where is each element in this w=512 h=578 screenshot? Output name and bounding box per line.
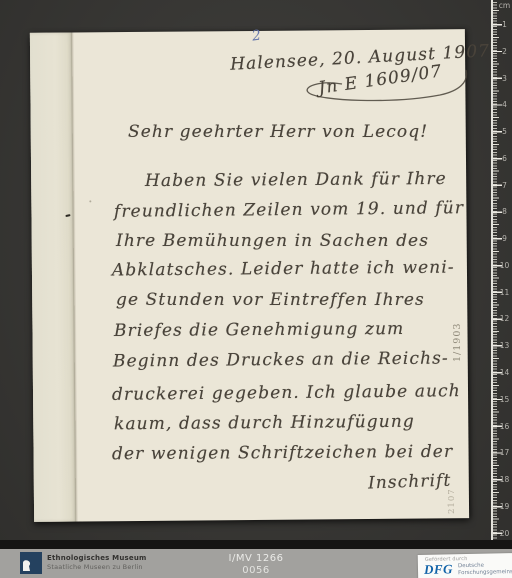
ruler-mark: 5 bbox=[497, 127, 512, 136]
ruler-mark: 2 bbox=[497, 47, 512, 56]
ruler-mark: 12 bbox=[497, 314, 512, 323]
letter-body-line: druckerei gegeben. Ich glaube auch bbox=[112, 381, 461, 405]
ruler-mark: 13 bbox=[497, 341, 512, 350]
letter-body-line: Haben Sie vielen Dank für Ihre bbox=[145, 169, 447, 191]
museum-subtitle: Staatliche Museen zu Berlin bbox=[47, 563, 143, 571]
dfg-logo-icon: DFG bbox=[424, 561, 453, 578]
ruler-mark: 10 bbox=[497, 261, 512, 270]
ruler-mark: 11 bbox=[497, 288, 512, 297]
inventory-number: I/MV 1266 bbox=[176, 553, 336, 564]
ruler-mark: 6 bbox=[497, 154, 512, 163]
letter-salutation: Sehr geehrter Herr von Lecoq! bbox=[128, 122, 428, 142]
archival-scan-viewport: 2 Halensee, 20. August 1907 Jn E 1609/07… bbox=[0, 0, 512, 578]
letter-body-line: Beginn des Druckes an die Reichs- bbox=[113, 349, 449, 372]
ruler-mark: 4 bbox=[497, 100, 512, 109]
margin-pencil-note: 1/1903 bbox=[452, 323, 463, 362]
smb-mark-icon bbox=[20, 552, 42, 574]
letter-body-line: Abklatsches. Leider hatte ich weni- bbox=[112, 258, 455, 281]
ruler-mark: 18 bbox=[497, 475, 512, 484]
ruler-mark: 1 bbox=[497, 20, 512, 29]
letter-body-line: der wenigen Schriftzeichen bei der bbox=[112, 442, 453, 464]
ruler-mark: 14 bbox=[497, 368, 512, 377]
page-fold-edge bbox=[30, 33, 76, 522]
letter-body-line: Ihre Bemühungen in Sachen des bbox=[116, 231, 429, 251]
letter-body-line: freundlichen Zeilen vom 19. und für bbox=[114, 198, 464, 222]
ruler-mark: 8 bbox=[497, 207, 512, 216]
museum-name: Ethnologisches Museum bbox=[47, 554, 147, 562]
letter-body-line: ge Stunden vor Eintreffen Ihres bbox=[116, 290, 425, 310]
corner-pencil-note: 2107 bbox=[447, 488, 457, 514]
funding-logo: Gefördert durch DFG Deutsche Forschungsg… bbox=[418, 553, 512, 578]
letter-body-line: Inschrift bbox=[368, 471, 452, 494]
ruler-mark: 20 bbox=[497, 529, 512, 538]
scan-page-number: 0056 bbox=[176, 565, 336, 576]
pencil-page-number: 2 bbox=[251, 27, 262, 44]
ruler-unit-label: cm bbox=[497, 1, 512, 10]
paper-speck bbox=[89, 200, 91, 202]
footer-divider bbox=[0, 540, 512, 549]
funding-org-name: Deutsche Forschungsgemeinschaft bbox=[458, 562, 512, 576]
museum-logo-icon bbox=[20, 552, 42, 574]
ruler-mark: 7 bbox=[497, 181, 512, 190]
ruler-mark: 15 bbox=[497, 395, 512, 404]
ruler-mark: 19 bbox=[497, 502, 512, 511]
ruler-mark: 17 bbox=[497, 448, 512, 457]
ruler-mark: 16 bbox=[497, 422, 512, 431]
letter-body-line: kaum, dass durch Hinzufügung bbox=[114, 412, 415, 435]
ruler-mark: 9 bbox=[497, 234, 512, 243]
ruler-mark: 3 bbox=[497, 74, 512, 83]
letter-body-line: Briefes die Genehmigung zum bbox=[114, 319, 404, 341]
